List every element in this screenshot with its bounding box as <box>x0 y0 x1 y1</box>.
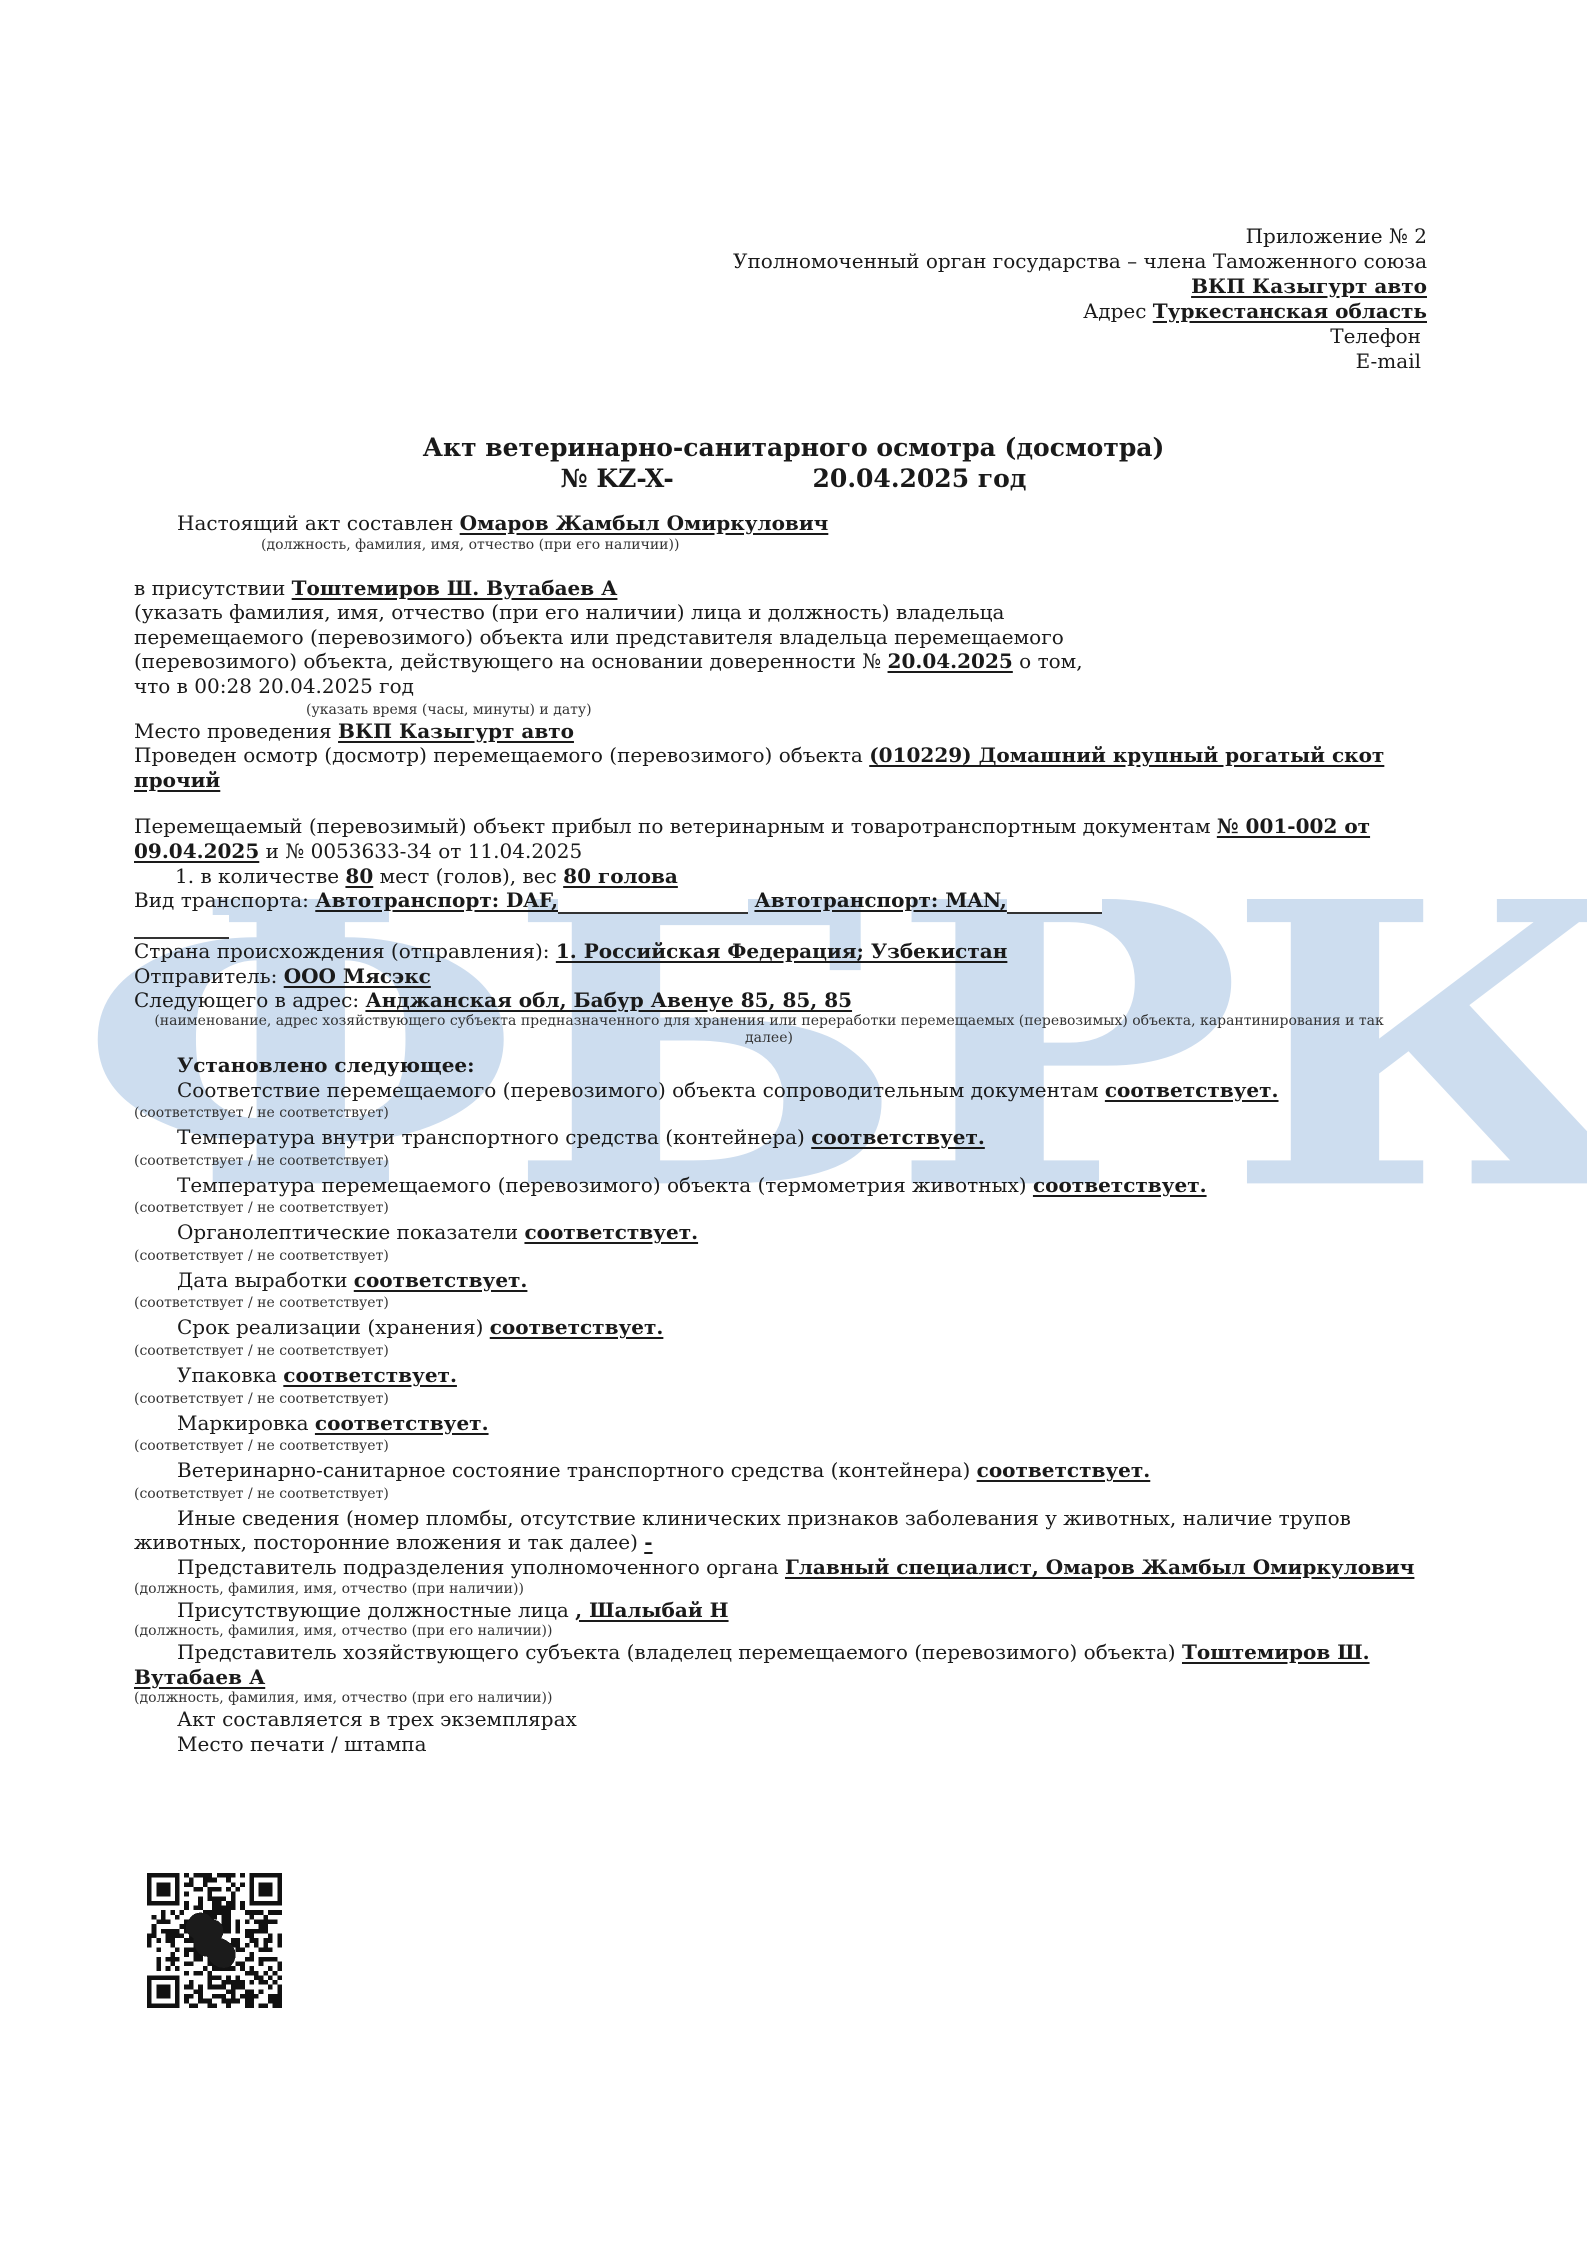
act-number: № KZ-X- 20.04.2025 год <box>0 463 1587 494</box>
presence-value: Тоштемиров Ш. Вутабаев А <box>292 576 618 600</box>
redacted-area <box>558 890 653 914</box>
finding-item: Соответствие перемещаемого (перевозимого… <box>134 1078 1424 1103</box>
owner-rep-hint: (должность, фамилия, имя, отчество (при … <box>134 1689 1424 1707</box>
transport-label: Вид транспорта: <box>134 888 309 912</box>
finding-item: Срок реализации (хранения) соответствует… <box>134 1315 1424 1340</box>
finding-hint: (соответствует / не соответствует) <box>134 1294 1424 1312</box>
place-label: Место проведения <box>134 719 332 743</box>
finding-hint: (соответствует / не соответствует) <box>134 1390 1424 1408</box>
place-value: ВКП Казыгурт авто <box>338 719 574 743</box>
finding-value: соответствует. <box>490 1315 664 1339</box>
place-line: Место проведения ВКП Казыгурт авто <box>134 719 1424 744</box>
finding-label: Срок реализации (хранения) <box>177 1315 483 1339</box>
address-label: Адрес <box>1083 299 1146 323</box>
finding-value: соответствует. <box>977 1458 1151 1482</box>
officials-line: Присутствующие должностные лица , Шалыба… <box>134 1598 1424 1623</box>
finding-item: Температура перемещаемого (перевозимого)… <box>134 1173 1424 1198</box>
compiled-value: Омаров Жамбыл Омиркулович <box>460 511 829 535</box>
finding-label: Температура перемещаемого (перевозимого)… <box>177 1173 1027 1197</box>
act-date: 20.04.2025 год <box>813 464 1027 493</box>
inspection-label: Проведен осмотр (досмотр) перемещаемого … <box>134 743 863 767</box>
finding-hint: (соответствует / не соответствует) <box>134 1247 1424 1265</box>
finding-label: Ветеринарно-санитарное состояние транспо… <box>177 1458 970 1482</box>
finding-label: Органолептические показатели <box>177 1220 518 1244</box>
time-hint: (указать время (часы, минуты) и дату) <box>134 701 1424 719</box>
representative-value: Главный специалист, Омаров Жамбыл Омирку… <box>785 1555 1414 1579</box>
stamp-line: Место печати / штампа <box>134 1732 1424 1757</box>
findings-heading: Установлено следующее: <box>134 1053 1424 1078</box>
redacted-area <box>1007 890 1102 914</box>
finding-hint: (соответствует / не соответствует) <box>134 1342 1424 1360</box>
representative-line: Представитель подразделения уполномоченн… <box>134 1555 1424 1580</box>
finding-label: Температура внутри транспортного средств… <box>177 1125 805 1149</box>
documents-line: Перемещаемый (перевозимый) объект прибыл… <box>134 814 1424 863</box>
findings-list: Соответствие перемещаемого (перевозимого… <box>134 1078 1424 1503</box>
finding-hint: (соответствует / не соответствует) <box>134 1485 1424 1503</box>
destination-label: Следующего в адрес: <box>134 988 359 1012</box>
document-page: Приложение № 2 Уполномоченный орган госу… <box>0 0 1587 2245</box>
representative-label: Представитель подразделения уполномоченн… <box>177 1555 779 1579</box>
vehicle-2: Автотранспорт: MAN, <box>754 888 1006 912</box>
compiled-by-line: Настоящий акт составлен Омаров Жамбыл Ом… <box>134 511 1424 536</box>
documents-label: Перемещаемый (перевозимый) объект прибыл… <box>134 814 1211 838</box>
compiled-hint: (должность, фамилия, имя, отчество (при … <box>134 536 1424 554</box>
finding-label: Маркировка <box>177 1411 309 1435</box>
finding-value: соответствует. <box>1105 1078 1279 1102</box>
document-body: Настоящий акт составлен Омаров Жамбыл Ом… <box>134 511 1424 1757</box>
origin-label: Страна происхождения (отправления): <box>134 939 550 963</box>
phone-label: Телефон <box>733 324 1427 349</box>
origin-value: 1. Российская Федерация; Узбекистан <box>556 939 1008 963</box>
redacted-area <box>674 469 804 493</box>
transport-line: Вид транспорта: Автотранспорт: DAF, Авто… <box>134 888 1424 939</box>
finding-item: Органолептические показатели соответству… <box>134 1220 1424 1245</box>
owner-rep-line: Представитель хозяйствующего субъекта (в… <box>134 1640 1424 1689</box>
power-of-attorney: 20.04.2025 <box>888 649 1013 673</box>
document-header: Приложение № 2 Уполномоченный орган госу… <box>733 224 1427 374</box>
owner-rep-label: Представитель хозяйствующего субъекта (в… <box>177 1640 1176 1664</box>
finding-hint: (соответствует / не соответствует) <box>134 1104 1424 1122</box>
compiled-label: Настоящий акт составлен <box>177 511 453 535</box>
authority-name: ВКП Казыгурт авто <box>1191 274 1427 298</box>
presence-text: (указать фамилия, имя, отчество (при его… <box>134 600 1094 698</box>
finding-label: Соответствие перемещаемого (перевозимого… <box>177 1078 1099 1102</box>
finding-value: соответствует. <box>524 1220 698 1244</box>
representative-hint: (должность, фамилия, имя, отчество (при … <box>134 1580 1424 1598</box>
copies-line: Акт составляется в трех экземплярах <box>134 1707 1424 1732</box>
presence-label: в присутствии <box>134 576 285 600</box>
inspection-line: Проведен осмотр (досмотр) перемещаемого … <box>134 743 1424 792</box>
document-title: Акт ветеринарно-санитарного осмотра (дос… <box>0 432 1587 494</box>
email-label: E-mail <box>733 349 1427 374</box>
finding-item: Маркировка соответствует. <box>134 1411 1424 1436</box>
other-label: Иные сведения (номер пломбы, отсутствие … <box>134 1506 1351 1555</box>
finding-item: Дата выработки соответствует. <box>134 1268 1424 1293</box>
destination-line: Следующего в адрес: Анджанская обл, Бабу… <box>134 988 1424 1013</box>
appendix-label: Приложение № 2 <box>733 224 1427 249</box>
qr-code-icon <box>147 1873 282 2008</box>
finding-hint: (соответствует / не соответствует) <box>134 1437 1424 1455</box>
destination-hint: (наименование, адрес хозяйствующего субъ… <box>134 1013 1424 1047</box>
officials-hint: (должность, фамилия, имя, отчество (при … <box>134 1622 1424 1640</box>
finding-value: соответствует. <box>283 1363 457 1387</box>
redacted-area <box>653 890 748 914</box>
finding-item: Ветеринарно-санитарное состояние транспо… <box>134 1458 1424 1483</box>
quantity-count: 80 <box>345 864 373 888</box>
officials-value: , Шалыбай Н <box>575 1598 728 1622</box>
sender-value: ООО Мясэкс <box>284 964 431 988</box>
finding-value: соответствует. <box>811 1125 985 1149</box>
origin-line: Страна происхождения (отправления): 1. Р… <box>134 939 1424 964</box>
redacted-area <box>134 915 229 939</box>
quantity-line: 1. в количестве 80 мест (голов), вес 80 … <box>134 864 1424 889</box>
document-2: № 0053633-34 от 11.04.2025 <box>285 839 582 863</box>
authority-label: Уполномоченный орган государства – члена… <box>733 249 1427 274</box>
finding-hint: (соответствует / не соответствует) <box>134 1199 1424 1217</box>
finding-value: соответствует. <box>354 1268 528 1292</box>
finding-hint: (соответствует / не соответствует) <box>134 1152 1424 1170</box>
act-number-prefix: № KZ-X- <box>561 464 674 493</box>
presence-block: в присутствии Тоштемиров Ш. Вутабаев А (… <box>134 576 1424 699</box>
finding-item: Упаковка соответствует. <box>134 1363 1424 1388</box>
title-line: Акт ветеринарно-санитарного осмотра (дос… <box>0 432 1587 463</box>
sender-label: Отправитель: <box>134 964 277 988</box>
finding-label: Упаковка <box>177 1363 277 1387</box>
finding-value: соответствует. <box>315 1411 489 1435</box>
finding-label: Дата выработки <box>177 1268 347 1292</box>
quantity-weight: 80 голова <box>563 864 678 888</box>
other-line: Иные сведения (номер пломбы, отсутствие … <box>134 1506 1424 1555</box>
sender-line: Отправитель: ООО Мясэкс <box>134 964 1424 989</box>
other-value: - <box>644 1530 652 1554</box>
destination-value: Анджанская обл, Бабур Авенуе 85, 85, 85 <box>365 988 852 1012</box>
finding-value: соответствует. <box>1033 1173 1207 1197</box>
vehicle-1: Автотранспорт: DAF, <box>315 888 558 912</box>
finding-item: Температура внутри транспортного средств… <box>134 1125 1424 1150</box>
officials-label: Присутствующие должностные лица <box>177 1598 569 1622</box>
address-value: Туркестанская область <box>1153 299 1427 323</box>
